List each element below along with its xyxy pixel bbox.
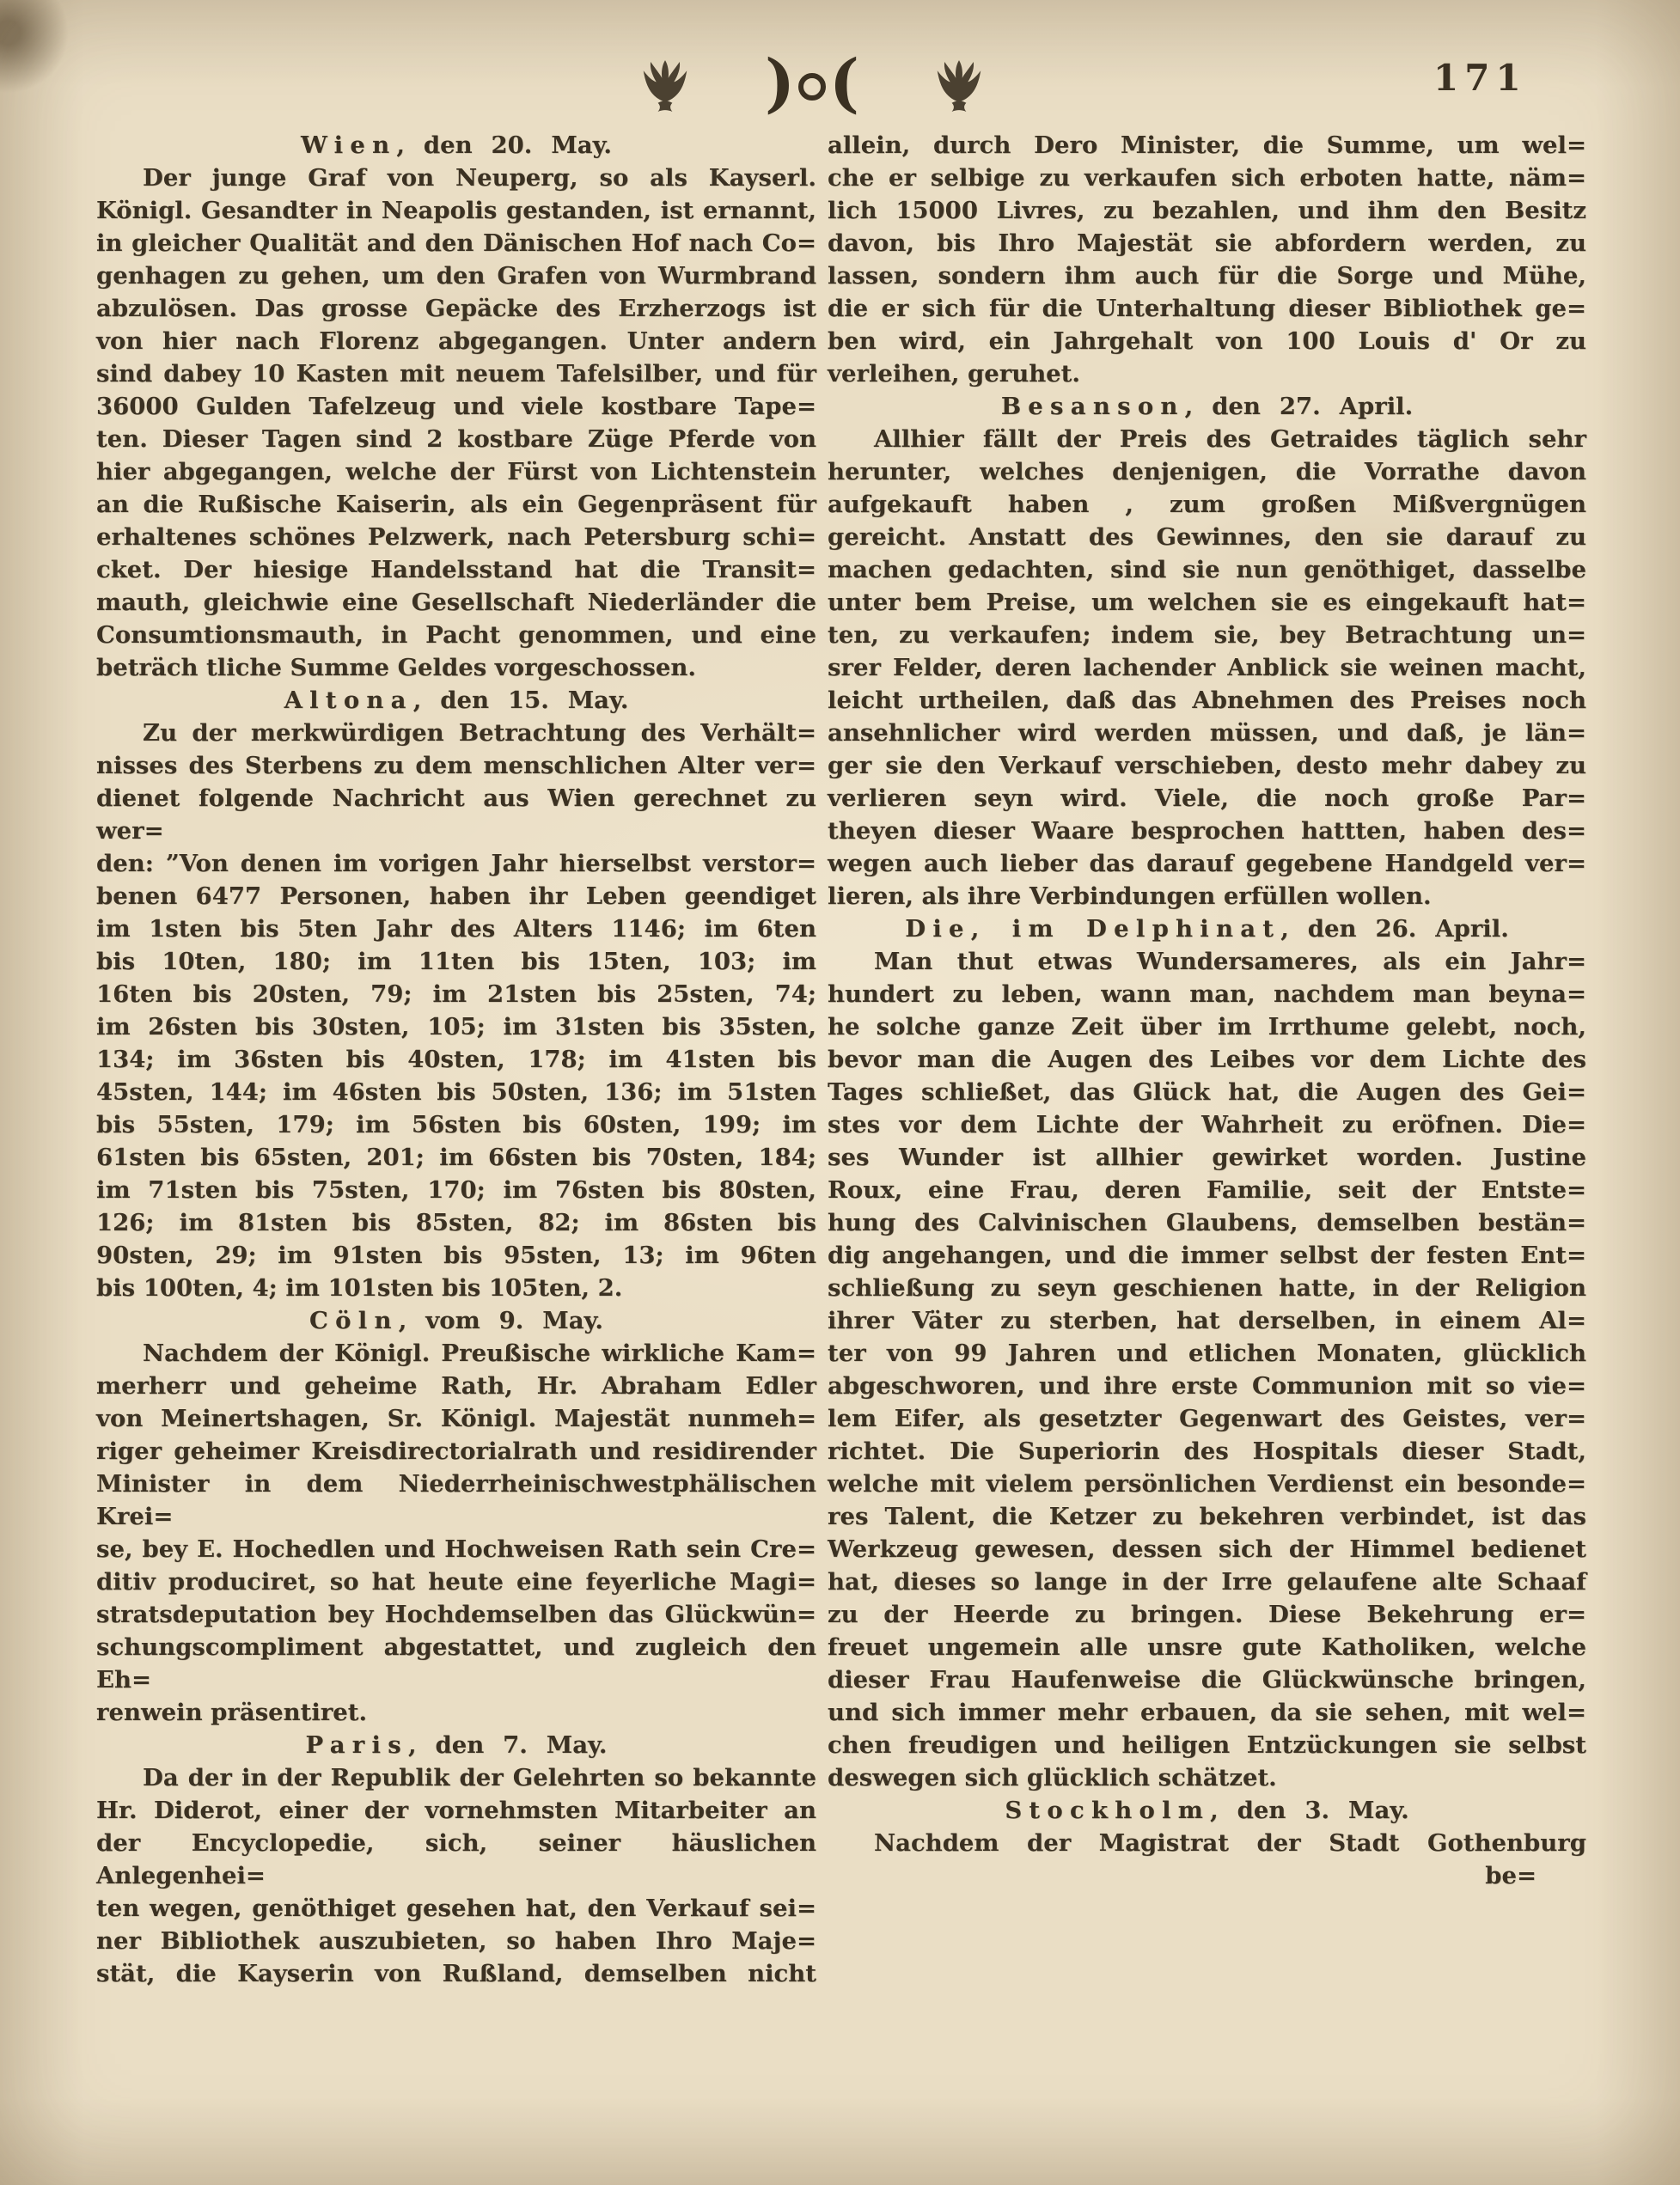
dateline-heading: Stockholm, den 3. May. [828, 1794, 1586, 1827]
body-text-line: ditiv produciret, so hat heute eine feye… [96, 1566, 816, 1598]
body-text-line: 36000 Gulden Tafelzeug und viele kostbar… [96, 390, 816, 423]
body-text-line: den: ”Von denen im vorigen Jahr hierselb… [96, 847, 816, 880]
body-text-line: beträch tliche Summe Geldes vorgeschosse… [96, 651, 816, 684]
body-text-line: abgeschworen, und ihre erste Communion m… [828, 1370, 1586, 1402]
dateline-date: , den 15. May. [413, 687, 629, 714]
dateline-heading: Paris, den 7. May. [96, 1729, 816, 1761]
body-text-line: hundert zu leben, wann man, nachdem man … [828, 978, 1586, 1010]
body-text-line: Roux, eine Frau, deren Familie, seit der… [828, 1174, 1586, 1206]
dateline-date: , den 20. May. [396, 131, 612, 159]
body-text-line: sind dabey 10 Kasten mit neuem Tafelsilb… [96, 357, 816, 390]
body-text-line: Königl. Gesandter in Neapolis gestanden,… [96, 194, 816, 227]
dateline-place: Besanson [1001, 393, 1185, 420]
body-text-line: hung des Calvinischen Glaubens, demselbe… [828, 1206, 1586, 1239]
body-text-line: lem Eifer, als gesetzter Gegenwart des G… [828, 1402, 1586, 1435]
shell-ornament-icon [934, 59, 984, 114]
body-text-line: che er selbige zu verkaufen sich erboten… [828, 162, 1586, 194]
body-text-line: Zu der merkwürdigen Betrachtung des Verh… [96, 717, 816, 749]
body-text-line: mauth, gleichwie eine Gesellschaft Niede… [96, 586, 816, 619]
body-text-line: abzulösen. Das grosse Gepäcke des Erzher… [96, 292, 816, 325]
body-text-line: res Talent, die Ketzer zu bekehren verbi… [828, 1500, 1586, 1533]
body-text-line: merherr und geheime Rath, Hr. Abraham Ed… [96, 1370, 816, 1402]
body-text-line: 134; im 36sten bis 40sten, 178; im 41ste… [96, 1043, 816, 1076]
dateline-date: , den 26. April. [1280, 915, 1509, 943]
dateline-place: Wien [301, 131, 396, 159]
body-text-line: ihrer Väter zu sterben, hat derselben, i… [828, 1304, 1586, 1337]
body-text-line: se, bey E. Hochedlen und Hochweisen Rath… [96, 1533, 816, 1566]
body-text-line: ten, zu verkaufen; indem sie, bey Betrac… [828, 619, 1586, 651]
dateline-place: Paris [306, 1731, 408, 1759]
header-ornaments: ) ( [640, 50, 984, 124]
body-text-line: allein, durch Dero Minister, die Summe, … [828, 129, 1586, 162]
body-text-line: chen freudigen und heiligen Entzückungen… [828, 1729, 1586, 1761]
dateline-date: , vom 9. May. [399, 1307, 603, 1334]
body-text-line: Hr. Diderot, einer der vornehmsten Mitar… [96, 1794, 816, 1827]
body-text-line: bis 100ten, 4; im 101sten bis 105ten, 2. [96, 1272, 816, 1304]
body-text-line: schließung zu seyn geschienen hatte, in … [828, 1272, 1586, 1304]
body-text-line: Da der in der Republik der Gelehrten so … [96, 1761, 816, 1794]
dateline-place: Stockholm [1005, 1797, 1210, 1824]
body-text-line: ter von 99 Jahren und etlichen Monaten, … [828, 1337, 1586, 1370]
body-text-line: bevor man die Augen des Leibes vor dem L… [828, 1043, 1586, 1076]
body-text-line: dienet folgende Nachricht aus Wien gerec… [96, 782, 816, 847]
body-text-line: ansehnlicher wird werden müssen, und daß… [828, 717, 1586, 749]
body-text-line: herunter, welches denjenigen, die Vorrat… [828, 455, 1586, 488]
body-text-line: welche mit vielem persönlichen Verdienst… [828, 1468, 1586, 1500]
body-text-line: lich 15000 Livres, zu bezahlen, und ihm … [828, 194, 1586, 227]
body-text-line: wegen auch lieber das darauf gegebene Ha… [828, 847, 1586, 880]
body-text-line: freuet ungemein alle unsre gute Katholik… [828, 1631, 1586, 1663]
body-text-line: renwein präsentiret. [96, 1696, 816, 1729]
body-text-line: 61sten bis 65sten, 201; im 66sten bis 70… [96, 1141, 816, 1174]
dateline-date: , den 3. May. [1210, 1797, 1409, 1824]
body-text-line: benen 6477 Personen, haben ihr Leben gee… [96, 880, 816, 912]
body-text-line: aufgekauft haben , zum großen Mißvergnüg… [828, 488, 1586, 521]
body-text-line: he solche ganze Zeit über im Irrthume ge… [828, 1010, 1586, 1043]
body-text-line: lassen, sondern ihm auch für die Sorge u… [828, 259, 1586, 292]
body-text-line: Tages schließet, das Glück hat, die Auge… [828, 1076, 1586, 1108]
body-text-line: dig angehangen, und die immer selbst der… [828, 1239, 1586, 1272]
body-text-line: machen gedachten, sind sie nun genöthige… [828, 553, 1586, 586]
printers-mark-ring-icon [798, 73, 826, 101]
body-text-line: im 1sten bis 5ten Jahr des Alters 1146; … [96, 912, 816, 945]
body-text-line: richtet. Die Superiorin des Hospitals di… [828, 1435, 1586, 1468]
body-text-line: bis 55sten, 179; im 56sten bis 60sten, 1… [96, 1108, 816, 1141]
column-right: allein, durch Dero Minister, die Summe, … [828, 129, 1586, 1892]
dateline-date: , den 27. April. [1185, 393, 1414, 420]
body-text-line: srer Felder, deren lachender Anblick sie… [828, 651, 1586, 684]
body-text-line: ben wird, ein Jahrgehalt von 100 Louis d… [828, 325, 1586, 357]
column-left: Wien, den 20. May.Der junge Graf von Neu… [96, 129, 816, 1990]
body-text-line: riger geheimer Kreisdirectorialrath und … [96, 1435, 816, 1468]
body-text-line: ses Wunder ist allhier gewirket worden. … [828, 1141, 1586, 1174]
body-text-line: hier abgegangen, welche der Fürst von Li… [96, 455, 816, 488]
dateline-place: Altona [284, 687, 413, 714]
body-text-line: von hier nach Florenz abgegangen. Unter … [96, 325, 816, 357]
body-text-line: verleihen, geruhet. [828, 357, 1586, 390]
body-text-line: Consumtionsmauth, in Pacht genommen, und… [96, 619, 816, 651]
body-text-line: im 71sten bis 75sten, 170; im 76sten bis… [96, 1174, 816, 1206]
printers-mark-close: ( [829, 52, 859, 115]
body-text-line: Werkzeug gewesen, dessen sich der Himmel… [828, 1533, 1586, 1566]
body-text-line: von Meinertshagen, Sr. Königl. Majestät … [96, 1402, 816, 1435]
body-text-line: stratsdeputation bey Hochdemselben das G… [96, 1598, 816, 1631]
body-text-line: bis 10ten, 180; im 11ten bis 15ten, 103;… [96, 945, 816, 978]
body-text-line: cket. Der hiesige Handelsstand hat die T… [96, 553, 816, 586]
body-text-line: und sich immer mehr erbauen, da sie sehe… [828, 1696, 1586, 1729]
body-text-line: stes vor dem Lichte der Wahrheit zu eröf… [828, 1108, 1586, 1141]
printers-mark-open: ) [765, 52, 795, 115]
body-text-line: Nachdem der Königl. Preußische wirkliche… [96, 1337, 816, 1370]
body-text-line: nisses des Sterbens zu dem menschlichen … [96, 749, 816, 782]
catchword: be= [828, 1859, 1586, 1892]
body-text-line: gereicht. Anstatt des Gewinnes, den sie … [828, 521, 1586, 553]
body-text-line: genhagen zu gehen, um den Grafen von Wur… [96, 259, 816, 292]
dateline-place: Cöln [309, 1307, 399, 1334]
page-number: 171 [1433, 57, 1527, 99]
body-text-line: 90sten, 29; im 91sten bis 95sten, 13; im… [96, 1239, 816, 1272]
body-text-line: die er sich für die Unterhaltung dieser … [828, 292, 1586, 325]
printers-mark-icon: ) ( [765, 55, 859, 119]
body-text-line: theyen dieser Waare besprochen hattten, … [828, 815, 1586, 847]
dateline-heading: Altona, den 15. May. [96, 684, 816, 717]
body-text-line: Der junge Graf von Neuperg, so als Kayse… [96, 162, 816, 194]
dateline-heading: Wien, den 20. May. [96, 129, 816, 162]
body-text-line: ger sie den Verkauf verschieben, desto m… [828, 749, 1586, 782]
body-text-line: im 26sten bis 30sten, 105; im 31sten bis… [96, 1010, 816, 1043]
body-text-line: Man thut etwas Wundersameres, als ein Ja… [828, 945, 1586, 978]
newspaper-page: ) ( 171 Wien, den 20. May.Der junge Graf… [0, 0, 1680, 2185]
body-text-line: verlieren seyn wird. Viele, die noch gro… [828, 782, 1586, 815]
body-text-line: 126; im 81sten bis 85sten, 82; im 86sten… [96, 1206, 816, 1239]
dateline-heading: Die, im Delphinat, den 26. April. [828, 912, 1586, 945]
body-text-line: deswegen sich glücklich schätzet. [828, 1761, 1586, 1794]
dateline-heading: Cöln, vom 9. May. [96, 1304, 816, 1337]
body-text-line: davon, bis Ihro Majestät sie abfordern w… [828, 227, 1586, 259]
dateline-place: Die, im Delphinat [905, 915, 1280, 943]
body-text-line: ten wegen, genöthiget gesehen hat, den V… [96, 1892, 816, 1925]
body-text-line: unter bem Preise, um welchen sie es eing… [828, 586, 1586, 619]
body-text-line: an die Rußische Kaiserin, als ein Gegenp… [96, 488, 816, 521]
body-text-line: dieser Frau Haufenweise die Glückwünsche… [828, 1663, 1586, 1696]
shell-ornament-icon [640, 59, 690, 114]
body-text-line: schungscompliment abgestattet, und zugle… [96, 1631, 816, 1696]
body-text-line: erhaltenes schönes Pelzwerk, nach Peters… [96, 521, 816, 553]
body-text-line: stät, die Kayserin von Rußland, demselbe… [96, 1957, 816, 1990]
body-text-line: der Encyclopedie, sich, seiner häusliche… [96, 1827, 816, 1892]
body-text-line: ten. Dieser Tagen sind 2 kostbare Züge P… [96, 423, 816, 455]
body-text-line: 45sten, 144; im 46sten bis 50sten, 136; … [96, 1076, 816, 1108]
body-text-line: leicht urtheilen, daß das Abnehmen des P… [828, 684, 1586, 717]
body-text-line: Minister in dem Niederrheinischwestphäli… [96, 1468, 816, 1533]
body-text-line: 16ten bis 20sten, 79; im 21sten bis 25st… [96, 978, 816, 1010]
body-text-line: hat, dieses so lange in der Irre gelaufe… [828, 1566, 1586, 1598]
body-text-line: lieren, als ihre Verbindungen erfüllen w… [828, 880, 1586, 912]
body-text-line: zu der Heerde zu bringen. Diese Bekehrun… [828, 1598, 1586, 1631]
dateline-heading: Besanson, den 27. April. [828, 390, 1586, 423]
body-text-line: Allhier fällt der Preis des Getraides tä… [828, 423, 1586, 455]
body-text-line: ner Bibliothek auszubieten, so haben Ihr… [96, 1925, 816, 1957]
dateline-date: , den 7. May. [408, 1731, 608, 1759]
body-text-line: in gleicher Qualität and den Dänischen H… [96, 227, 816, 259]
body-text-line: Nachdem der Magistrat der Stadt Gothenbu… [828, 1827, 1586, 1859]
